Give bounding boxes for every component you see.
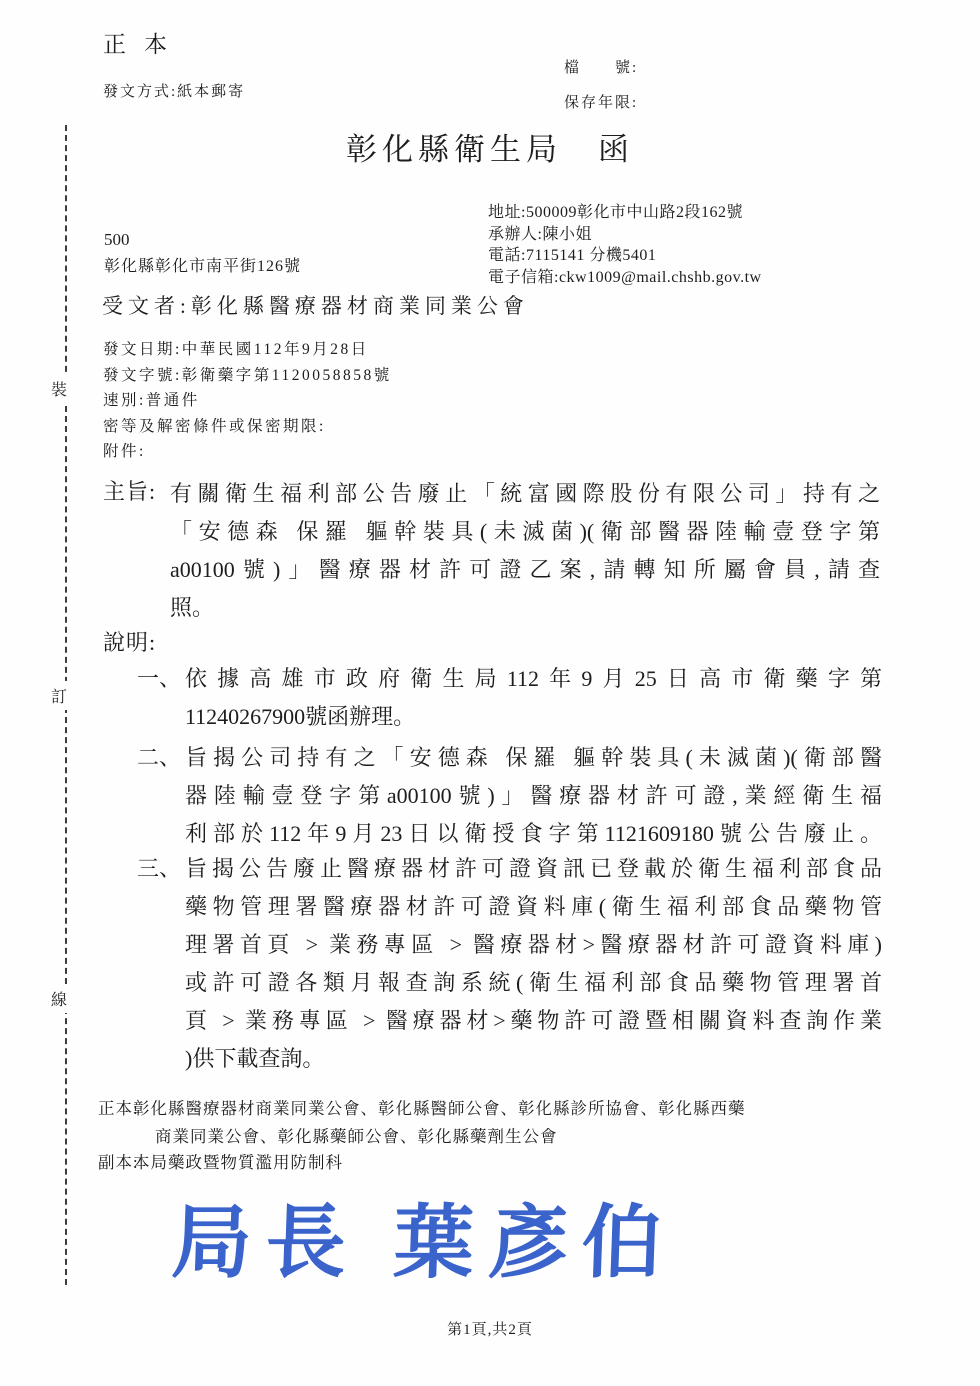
recipient-zip: 500 xyxy=(104,230,130,250)
explanation-line: 藥物管理署醫療器材許可證資料庫(衛生福利部食品藥物管 xyxy=(185,888,882,926)
explanation-line: 11240267900號函辦理。 xyxy=(185,698,882,736)
explanation-heading: 說明: xyxy=(103,626,156,657)
signature-stamp: 局長 葉彥伯 xyxy=(170,1178,678,1293)
meta-doc-number: 發文字號:彰衛藥字第1120058858號 xyxy=(103,363,392,389)
contact-address: 地址:500009彰化市中山路2段162號 xyxy=(488,202,762,224)
subject-line: a00100號)」醫療器材許可證乙案,請轉知所屬會員,請查 xyxy=(170,551,880,589)
subject-line: 照。 xyxy=(170,589,880,627)
explanation-item-2-marker: 二、 xyxy=(137,739,181,777)
explanation-item-3-marker: 三、 xyxy=(137,850,181,888)
contact-phone: 電話:7115141 分機5401 xyxy=(488,245,762,267)
subject-paragraph: 有關衛生福利部公告廢止「統富國際股份有限公司」持有之 「安德森 保羅 軀幹裝具(… xyxy=(170,475,880,627)
meta-attachment: 附件: xyxy=(103,439,392,465)
subject-label: 主旨: xyxy=(103,475,156,506)
explanation-item-1-marker: 一、 xyxy=(137,660,181,698)
explanation-line: 旨揭公司持有之「安德森 保羅 軀幹裝具(未滅菌)(衛部醫 xyxy=(185,739,882,777)
contact-person: 承辦人:陳小姐 xyxy=(488,224,762,246)
explanation-item-1: 依據高雄市政府衛生局112年9月25日高市衛藥字第 11240267900號函辦… xyxy=(185,660,882,736)
contact-email: 電子信箱:ckw1009@mail.chshb.gov.tw xyxy=(488,267,762,289)
binding-mark-xian: 線 xyxy=(51,984,67,1013)
meta-priority: 速別:普通件 xyxy=(103,388,392,414)
document-title: 彰化縣衛生局 函 xyxy=(0,124,980,169)
copy-type-label: 正本 xyxy=(103,26,185,59)
meta-security: 密等及解密條件或保密期限: xyxy=(103,414,392,440)
explanation-line: 頁 > 業務專區 > 醫療器材>藥物許可證暨相關資料查詢作業 xyxy=(185,1002,882,1040)
agency-contact-block: 地址:500009彰化市中山路2段162號 承辦人:陳小姐 電話:7115141… xyxy=(488,202,762,288)
explanation-line: 理署首頁 > 業務專區 > 醫療器材>醫療器材許可證資料庫) xyxy=(185,926,882,964)
recipient-street: 彰化縣彰化市南平街126號 xyxy=(104,253,301,276)
delivery-method-label: 發文方式:紙本郵寄 xyxy=(103,80,245,101)
document-meta-block: 發文日期:中華民國112年9月28日 發文字號:彰衛藥字第1120058858號… xyxy=(103,337,392,465)
explanation-line: 旨揭公告廢止醫療器材許可證資訊已登載於衛生福利部食品 xyxy=(185,850,882,888)
cc-recipients-line: 本局藥政暨物質濫用防制科 xyxy=(133,1152,343,1174)
page-number: 第1頁,共2頁 xyxy=(0,1318,980,1339)
explanation-line: 器陸輸壹登字第a00100號)」醫療器材許可證,業經衛生福 xyxy=(185,777,882,815)
original-recipients-line: 商業同業公會、彰化縣藥師公會、彰化縣藥劑生公會 xyxy=(155,1126,558,1148)
retention-period-label: 保存年限: xyxy=(564,91,638,112)
explanation-item-2: 旨揭公司持有之「安德森 保羅 軀幹裝具(未滅菌)(衛部醫 器陸輸壹登字第a001… xyxy=(185,739,882,853)
explanation-item-3: 旨揭公告廢止醫療器材許可證資訊已登載於衛生福利部食品 藥物管理署醫療器材許可證資… xyxy=(185,850,882,1078)
meta-issue-date: 發文日期:中華民國112年9月28日 xyxy=(103,337,392,363)
file-number-label: 檔 號: xyxy=(564,56,638,77)
explanation-line: 或許可證各類月報查詢系統(衛生福利部食品藥物管理署首 xyxy=(185,964,882,1002)
explanation-line: 依據高雄市政府衛生局112年9月25日高市衛藥字第 xyxy=(185,660,882,698)
binding-mark-zhuang: 裝 xyxy=(51,374,67,403)
subject-line: 有關衛生福利部公告廢止「統富國際股份有限公司」持有之 xyxy=(170,475,880,513)
binding-mark-ding: 訂 xyxy=(51,681,67,710)
subject-line: 「安德森 保羅 軀幹裝具(未滅菌)(衛部醫器陸輸壹登字第 xyxy=(170,513,880,551)
explanation-line: 利部於112年9月23日以衛授食字第1121609180號公告廢止。 xyxy=(185,815,882,853)
scanned-letter-page: 裝 訂 線 正本 發文方式:紙本郵寄 檔 號: 保存年限: 彰化縣衛生局 函 地… xyxy=(0,0,980,1386)
recipient-line: 受文者:彰化縣醫療器材商業同業公會 xyxy=(102,290,529,320)
original-recipients-line: 彰化縣醫療器材商業同業公會、彰化縣醫師公會、彰化縣診所協會、彰化縣西藥 xyxy=(133,1098,746,1120)
explanation-line: )供下載查詢。 xyxy=(185,1040,882,1078)
